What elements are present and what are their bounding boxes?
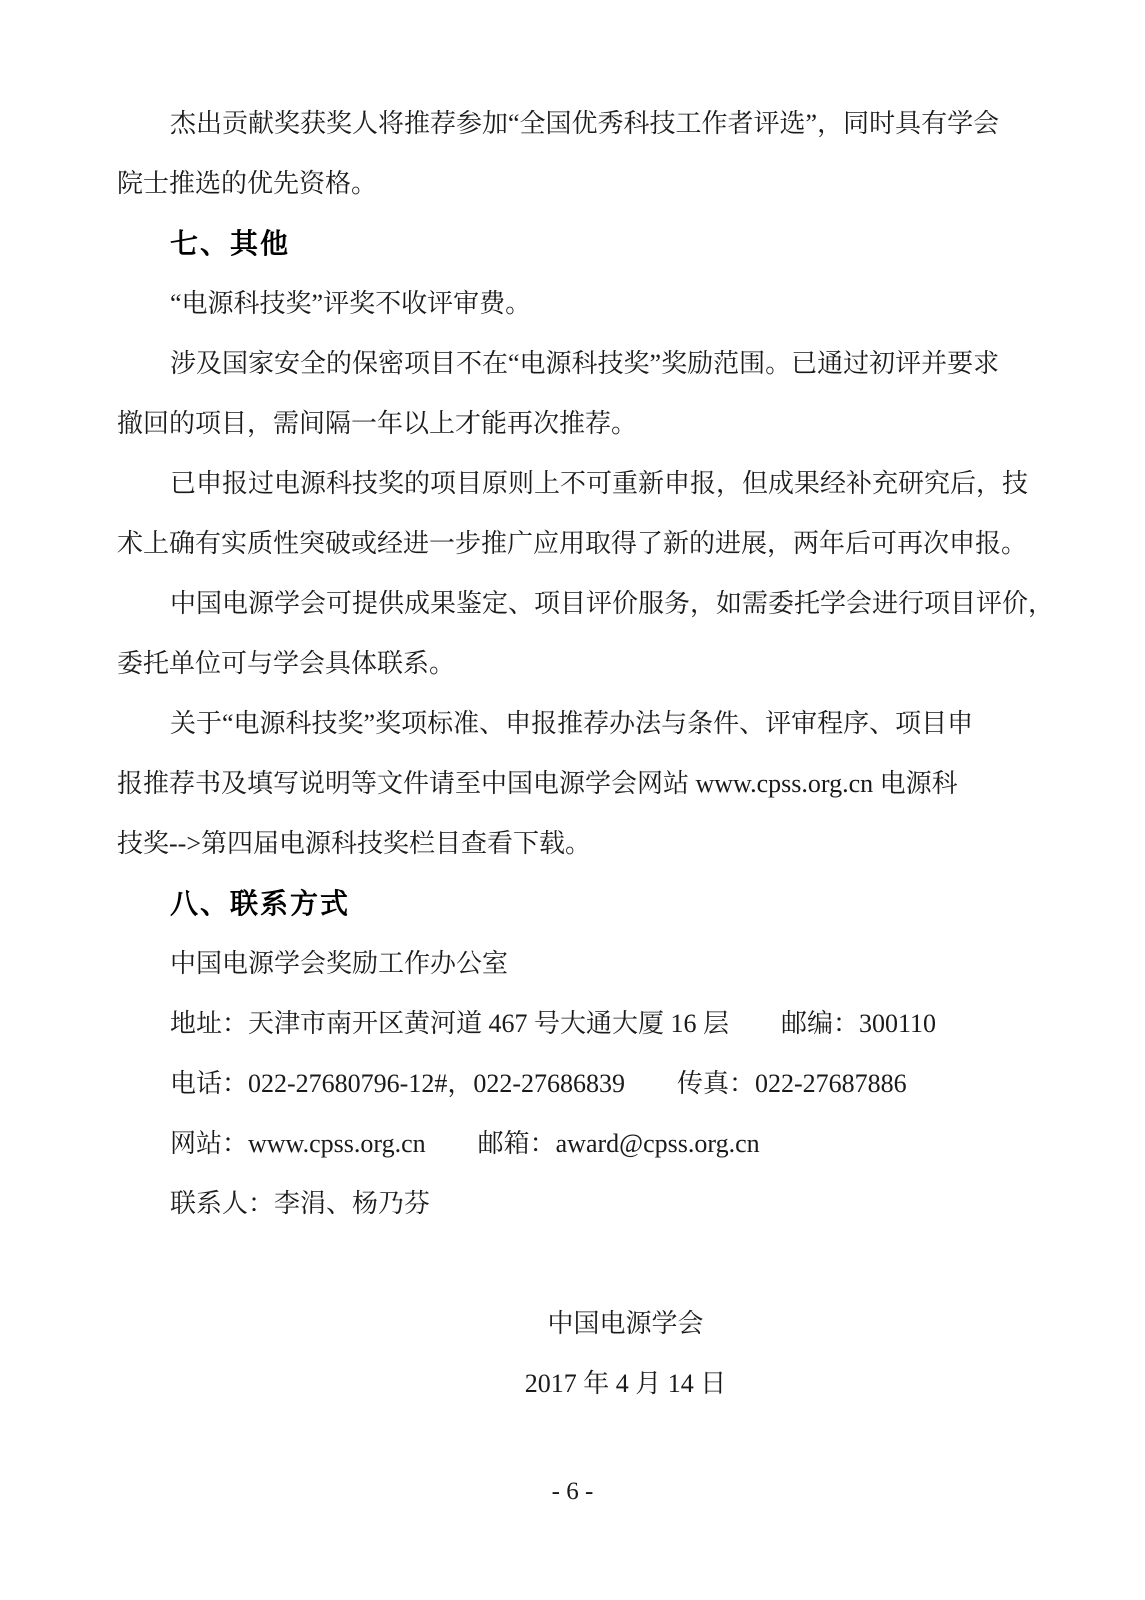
contact-address-line: 地址：天津市南开区黄河道 467 号大通大厦 16 层 邮编：300110 <box>117 994 1030 1054</box>
signature-date: 2017 年 4 月 14 日 <box>169 1354 1082 1414</box>
document-body: 杰出贡献奖获奖人将推荐参加“全国优秀科技工作者评选”，同时具有学会 院士推选的优… <box>117 94 1030 1234</box>
contact-website-line: 网站：www.cpss.org.cn 邮箱：award@cpss.org.cn <box>117 1114 1030 1174</box>
contact-phone-line: 电话：022-27680796-12#，022-27686839 传真：022-… <box>117 1054 1030 1114</box>
paragraph-line: 院士推选的优先资格。 <box>117 154 1030 214</box>
paragraph-line: 已申报过电源科技奖的项目原则上不可重新申报，但成果经补充研究后，技 <box>117 454 1030 514</box>
paragraph-line: 中国电源学会可提供成果鉴定、项目评价服务，如需委托学会进行项目评价， <box>117 574 1030 634</box>
paragraph-line: 杰出贡献奖获奖人将推荐参加“全国优秀科技工作者评选”，同时具有学会 <box>117 94 1030 154</box>
signature-org: 中国电源学会 <box>169 1294 1082 1354</box>
signature-block: 中国电源学会 2017 年 4 月 14 日 <box>169 1294 1082 1414</box>
paragraph-line: 术上确有实质性突破或经进一步推广应用取得了新的进展，两年后可再次申报。 <box>117 514 1030 574</box>
paragraph-line: 技奖-->第四届电源科技奖栏目查看下载。 <box>117 814 1030 874</box>
paragraph-line: 撤回的项目，需间隔一年以上才能再次推荐。 <box>117 394 1030 454</box>
paragraph-line: 关于“电源科技奖”奖项标准、申报推荐办法与条件、评审程序、项目申 <box>117 694 1030 754</box>
document-page: 杰出贡献奖获奖人将推荐参加“全国优秀科技工作者评选”，同时具有学会 院士推选的优… <box>0 0 1145 1600</box>
section-heading-7: 七、其他 <box>117 214 1030 274</box>
paragraph-line: 委托单位可与学会具体联系。 <box>117 634 1030 694</box>
paragraph-line: “电源科技奖”评奖不收评审费。 <box>117 274 1030 334</box>
paragraph-line: 涉及国家安全的保密项目不在“电源科技奖”奖励范围。已通过初评并要求 <box>117 334 1030 394</box>
page-number: - 6 - <box>0 1465 1145 1519</box>
contact-office-line: 中国电源学会奖励工作办公室 <box>117 934 1030 994</box>
contact-person-line: 联系人：李涓、杨乃芬 <box>117 1174 1030 1234</box>
paragraph-line: 报推荐书及填写说明等文件请至中国电源学会网站 www.cpss.org.cn 电… <box>117 754 1030 814</box>
section-heading-8: 八、联系方式 <box>117 874 1030 934</box>
